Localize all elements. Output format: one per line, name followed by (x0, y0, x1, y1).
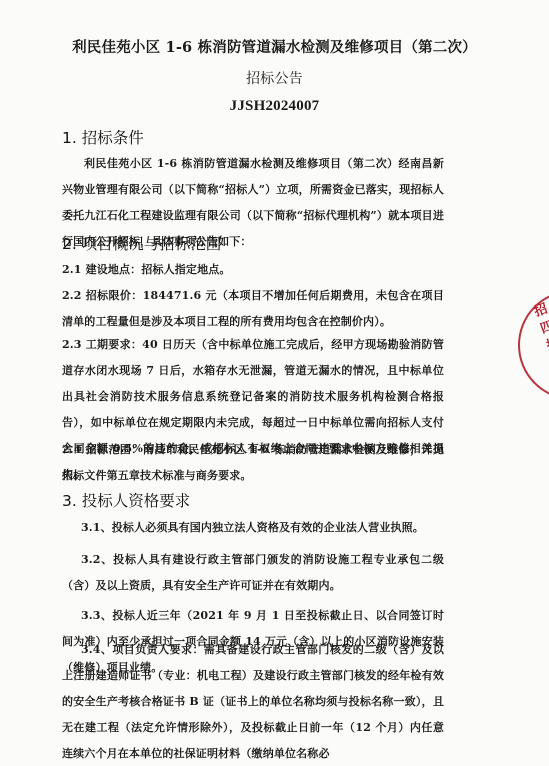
section-heading-1: 1. 招标条件 (62, 126, 144, 148)
document-page: 利民佳苑小区 1-6 栋消防管道漏水检测及维修项目（第二次） 招标公告 JJSH… (0, 0, 549, 766)
clause-3-1: 3.1、投标人必须具有国内独立法人资格及有效的企业法人营业执照。 (62, 515, 444, 541)
clause-2-2: 2.2 招标限价：184471.6 元（本项目不增加任何后期费用，未包含在项目清… (62, 283, 444, 335)
section-heading-2: 2. 项目概况与招标范围 (62, 232, 221, 254)
document-title: 利民佳苑小区 1-6 栋消防管道漏水检测及维修项目（第二次） (0, 36, 549, 57)
clause-3-4: 3.4、项目负责人要求：需具备建设行政主管部门核发的二级（含）及以上注册建造师证… (62, 637, 444, 766)
document-subtitle: 招标公告 (0, 68, 549, 88)
clause-2-4: 2.4 招标范围：南昌市利民佳苑小区 1-6 栋消防管道漏水检测及维修，详见招标… (62, 437, 444, 489)
section-heading-3: 3. 投标人资格要求 (62, 489, 190, 511)
clause-2-1: 2.1 建设地点：招标人指定地点。 (62, 257, 444, 283)
clause-3-2: 3.2、投标人具有建设行政主管部门颁发的消防设施工程专业承包二级（含）及以上资质… (62, 547, 444, 599)
document-code: JJSH2024007 (0, 98, 549, 115)
